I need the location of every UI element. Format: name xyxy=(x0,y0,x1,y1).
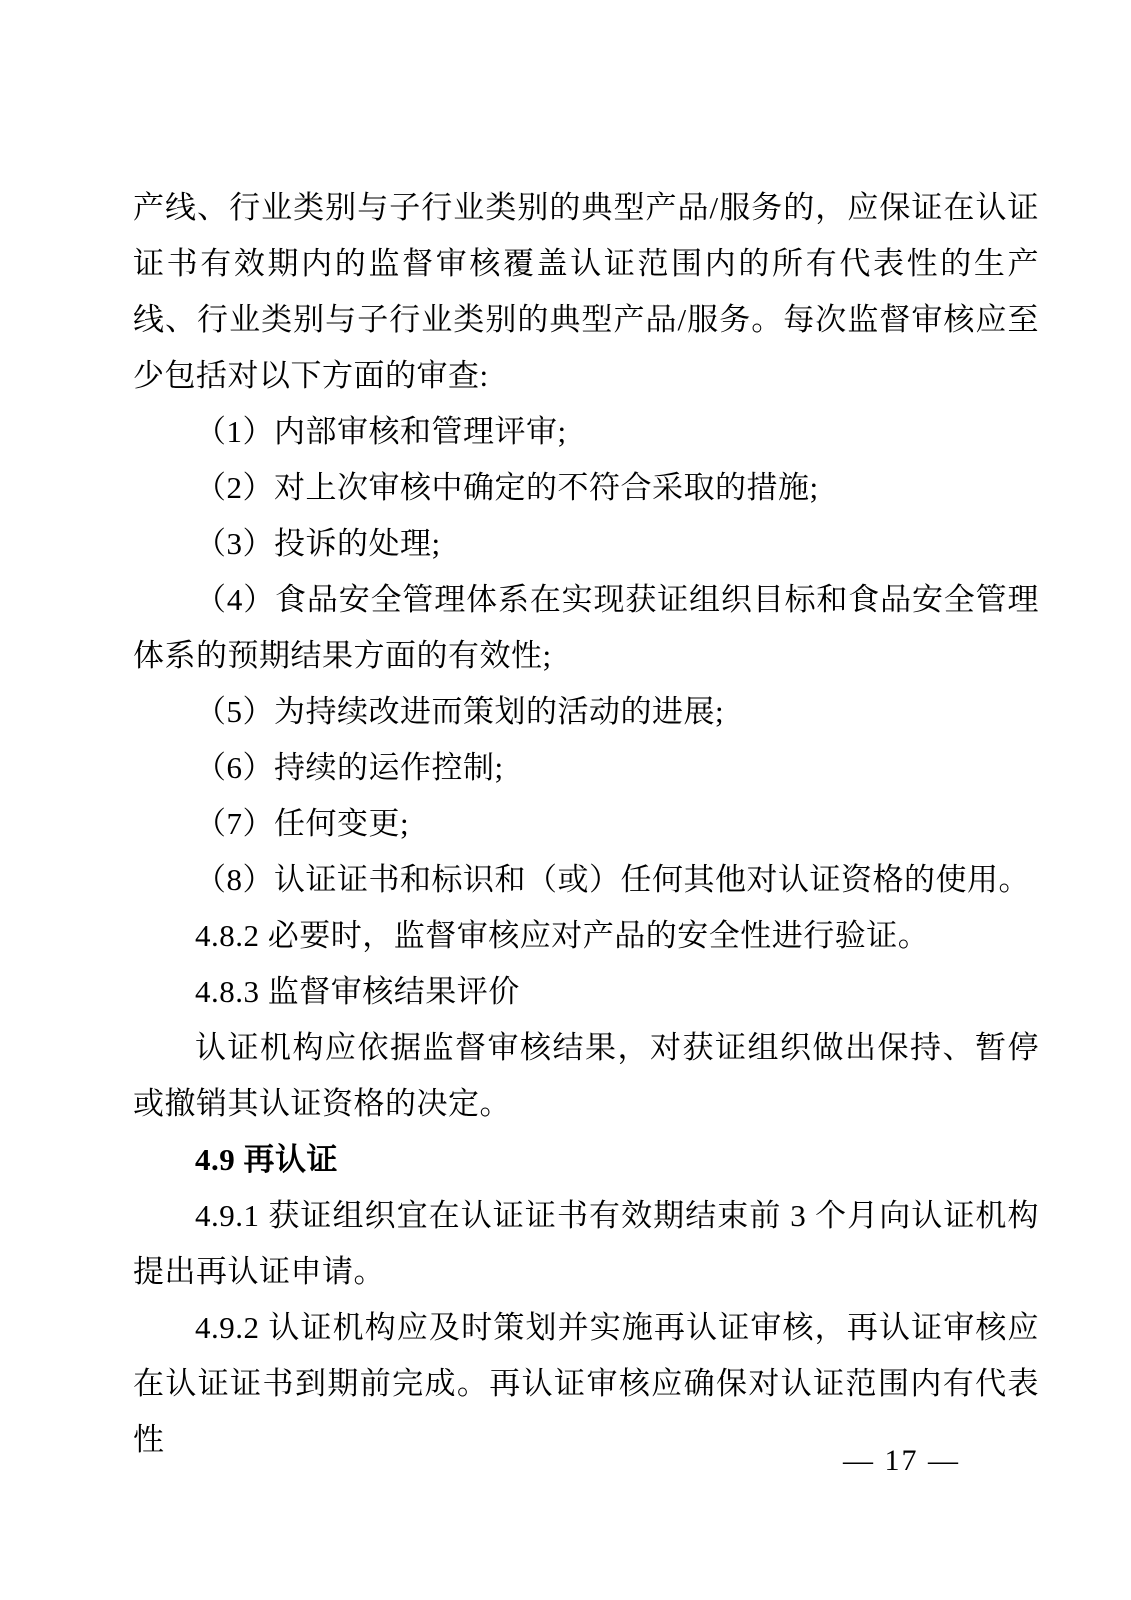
evaluation-paragraph: 认证机构应依据监督审核结果，对获证组织做出保持、暂停或撤销其认证资格的决定。 xyxy=(133,1020,1039,1132)
document-body: 产线、行业类别与子行业类别的典型产品/服务的，应保证在认证证书有效期内的监督审核… xyxy=(133,180,1039,1468)
heading-4-9: 4.9 再认证 xyxy=(133,1132,1039,1188)
list-item-1: （1）内部审核和管理评审; xyxy=(133,404,1039,460)
list-item-5: （5）为持续改进而策划的活动的进展; xyxy=(133,684,1039,740)
list-item-2: （2）对上次审核中确定的不符合采取的措施; xyxy=(133,460,1039,516)
list-item-6: （6）持续的运作控制; xyxy=(133,740,1039,796)
continuation-paragraph: 产线、行业类别与子行业类别的典型产品/服务的，应保证在认证证书有效期内的监督审核… xyxy=(133,180,1039,404)
section-4-9-1: 4.9.1 获证组织宜在认证证书有效期结束前 3 个月向认证机构提出再认证申请。 xyxy=(133,1188,1039,1300)
page-number: — 17 — xyxy=(843,1441,960,1481)
list-item-7: （7）任何变更; xyxy=(133,796,1039,852)
section-4-8-2: 4.8.2 必要时，监督审核应对产品的安全性进行验证。 xyxy=(133,908,1039,964)
list-item-8: （8）认证证书和标识和（或）任何其他对认证资格的使用。 xyxy=(133,852,1039,908)
document-page: 产线、行业类别与子行业类别的典型产品/服务的，应保证在认证证书有效期内的监督审核… xyxy=(0,0,1131,1600)
list-item-4: （4）食品安全管理体系在实现获证组织目标和食品安全管理体系的预期结果方面的有效性… xyxy=(133,572,1039,684)
list-item-3: （3）投诉的处理; xyxy=(133,516,1039,572)
section-4-8-3: 4.8.3 监督审核结果评价 xyxy=(133,964,1039,1020)
